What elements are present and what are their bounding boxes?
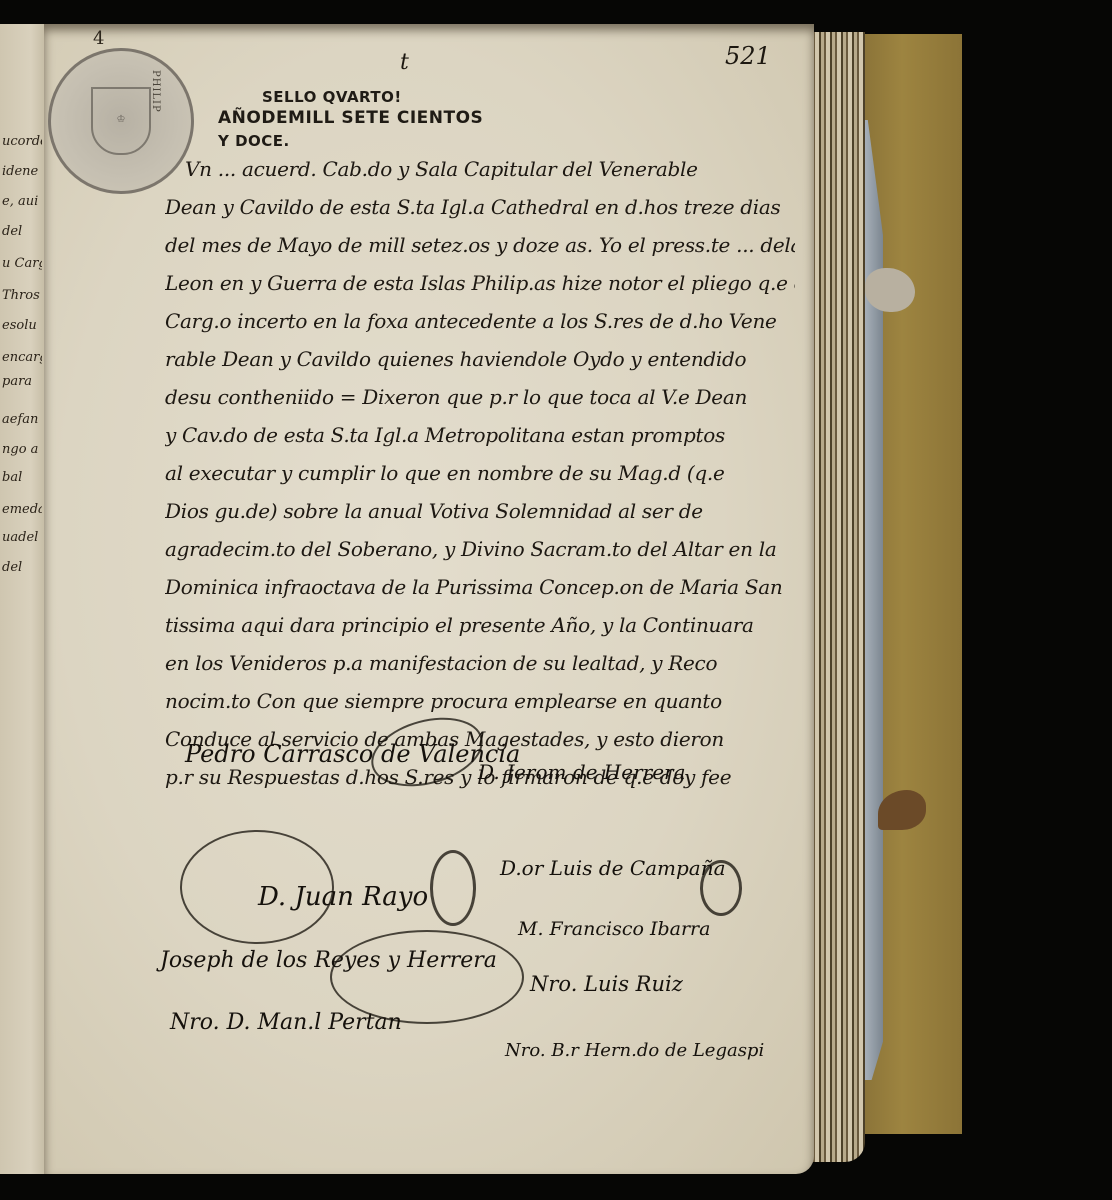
signature-left-1: Pedro Carrasco de Valencia [185,740,520,768]
signature-rubric [430,850,476,926]
left-fragment: bal [2,470,42,485]
top-center-mark: t [400,50,409,75]
left-fragment: esolu [2,318,42,333]
text-line: Dios gu.de) sobre la anual Votiva Solemn… [165,492,795,530]
top-mark: 4 [93,28,104,49]
left-fragment: para [2,374,42,389]
manuscript-scan: ucorde idene e, aui del u Cargo Thros es… [0,0,1112,1200]
left-fragment: emeda [2,502,42,517]
left-fragment: del [2,224,42,239]
left-fragment: ngo a [2,442,42,457]
signature-right-1: D. Jerom de Herrera [478,760,686,784]
page-edges [810,32,865,1162]
left-fragment: idene [2,164,42,179]
left-fragment: e, aui [2,194,42,209]
seal-legend: PHILIP [150,70,161,113]
signature-left-3: Joseph de los Reyes y Herrera [160,948,497,973]
text-line: al executar y cumplir lo que en nombre d… [165,454,795,492]
left-fragment: uadel [2,530,42,545]
signature-left-4: Nro. D. Man.l Pertan [170,1010,402,1035]
signature-right-4: Nro. Luis Ruiz [530,972,683,996]
left-fragment: encarge [2,350,42,365]
sello-line-1: SELLO QVARTO! [262,88,402,106]
text-line: tissima aqui dara principio el presente … [165,606,795,644]
text-line: del mes de Mayo de mill setez.os y doze … [165,226,795,264]
signature-right-5: Nro. B.r Hern.do de Legaspi [505,1040,764,1061]
act-text: Vn ... acuerd. Cab.do y Sala Capitular d… [165,150,795,796]
sello-line-3: Y DOCE. [218,132,290,150]
text-line: rable Dean y Cavildo quienes haviendole … [165,340,795,378]
left-page-fragment: ucorde idene e, aui del u Cargo Thros es… [0,24,46,1174]
text-line: agradecim.to del Soberano, y Divino Sacr… [165,530,795,568]
folio-number: 521 [725,42,771,70]
text-line: en los Venideros p.a manifestacion de su… [165,644,795,682]
left-fragment: u Cargo [2,256,42,271]
text-line: Dominica infraoctava de la Purissima Con… [165,568,795,606]
signature-left-2: D. Juan Rayo [258,882,428,912]
text-line: Dean y Cavildo de esta S.ta Igl.a Cathed… [165,188,795,226]
text-line: nocim.to Con que siempre procura emplear… [165,682,795,720]
text-line: Leon en y Guerra de esta Islas Philip.as… [165,264,795,302]
text-line: Vn ... acuerd. Cab.do y Sala Capitular d… [165,150,795,188]
coat-of-arms-icon: ♔ [91,87,151,155]
signature-right-3: M. Francisco Ibarra [518,918,710,940]
text-line: Carg.o incerto en la foxa antecedente a … [165,302,795,340]
text-line: y Cav.do de esta S.ta Igl.a Metropolitan… [165,416,795,454]
left-fragment: ucorde [2,134,42,149]
left-fragment: del [2,560,42,575]
text-line: desu contheniido = Dixeron que p.r lo qu… [165,378,795,416]
left-fragment: Thros [2,288,42,303]
sello-line-2: AÑODEMILL SETE CIENTOS [218,108,483,128]
left-fragment: aefan [2,412,42,427]
signature-right-2: D.or Luis de Campaña [500,856,726,880]
paper-fragment [865,268,915,312]
